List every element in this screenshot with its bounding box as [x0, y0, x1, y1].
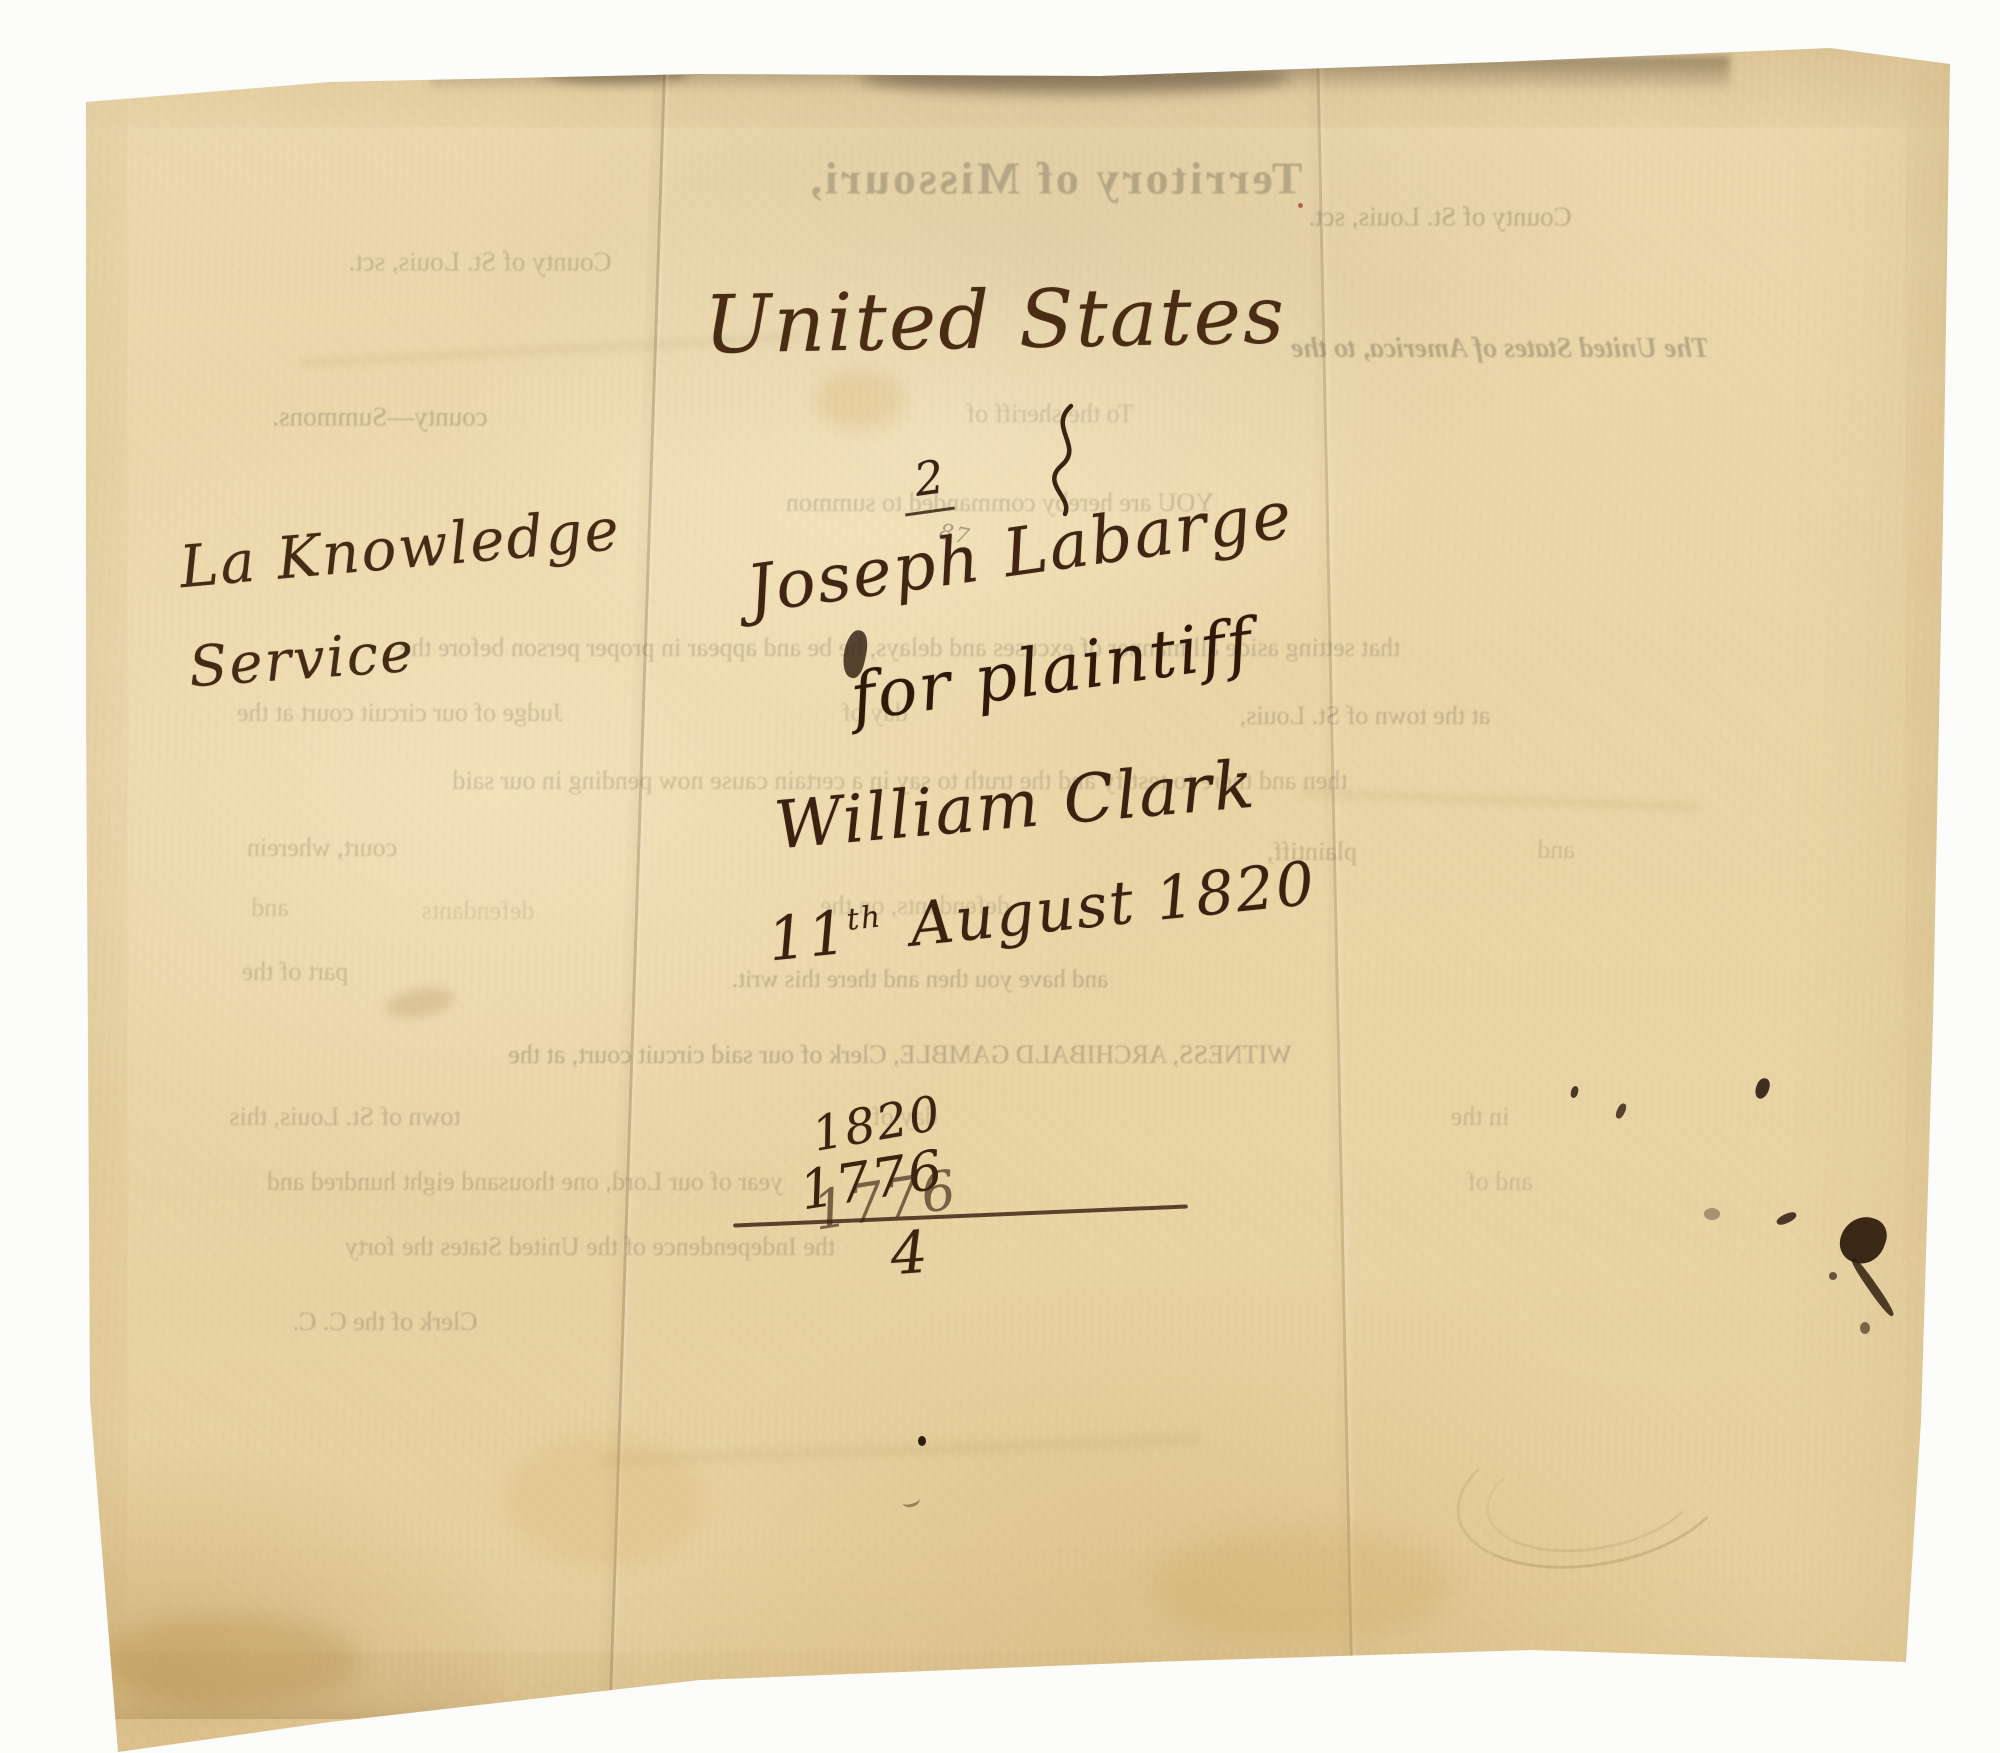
document-scan: Territory of Missouri, County of St. Lou…: [0, 0, 2000, 1753]
paper-vignette: [34, 34, 1966, 1719]
paper-sheet: Territory of Missouri, County of St. Lou…: [0, 0, 2000, 1753]
